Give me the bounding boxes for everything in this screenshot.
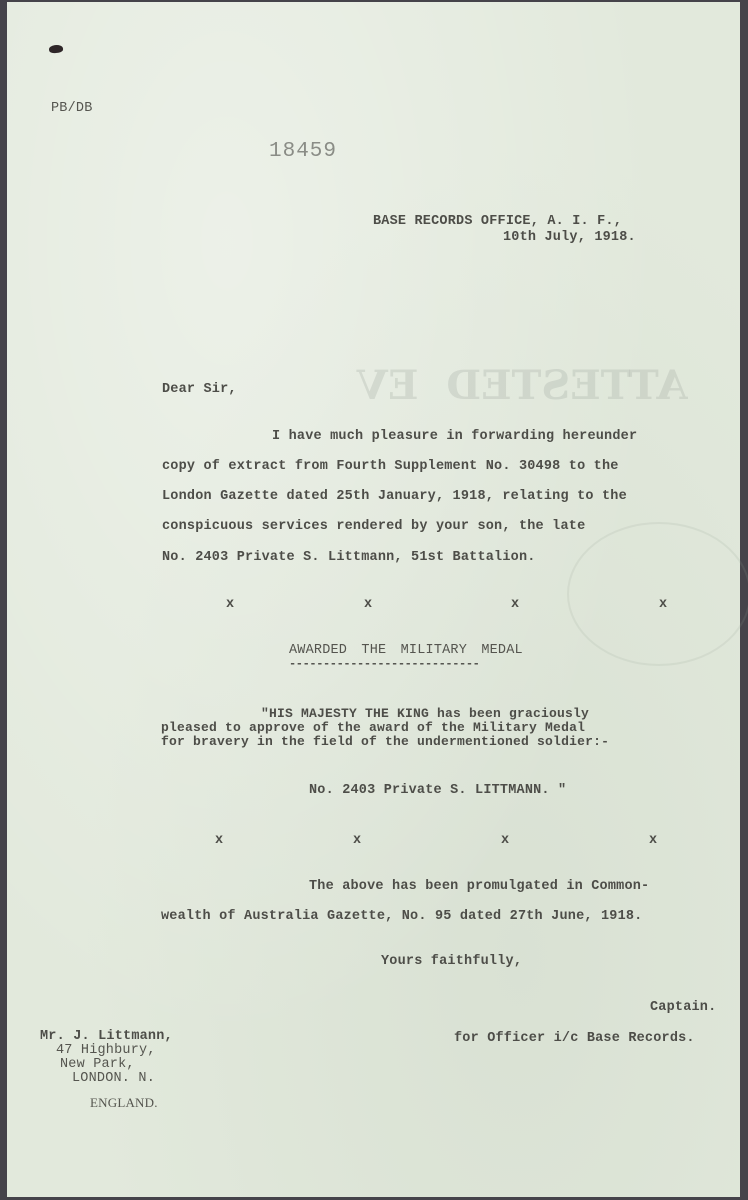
separator-mark: x (501, 833, 509, 848)
recipient-address-line: New Park, (60, 1057, 135, 1072)
body-line: copy of extract from Fourth Supplement N… (162, 459, 619, 474)
separator-mark: x (364, 597, 372, 612)
soldier-line: No. 2403 Private S. LITTMANN. " (309, 783, 566, 798)
document-page: ATTESTED EV PB/DB 18459 BASE RECORDS OFF… (7, 2, 740, 1197)
body-line: I have much pleasure in forwarding hereu… (272, 429, 637, 444)
salutation: Dear Sir, (162, 382, 237, 397)
reference-initials: PB/DB (51, 101, 93, 116)
body-line: No. 2403 Private S. Littmann, 51st Batta… (162, 550, 536, 565)
body-line: London Gazette dated 25th January, 1918,… (162, 489, 627, 504)
recipient-address-line: Mr. J. Littmann, (40, 1029, 173, 1044)
separator-mark: x (215, 833, 223, 848)
separator-mark: x (226, 597, 234, 612)
separator-mark: x (659, 597, 667, 612)
file-number: 18459 (269, 140, 337, 163)
body-line: conspicuous services rendered by your so… (162, 519, 585, 534)
recipient-address-line: ENGLAND. (90, 1095, 158, 1111)
sender-office: BASE RECORDS OFFICE, A. I. F., (373, 214, 622, 229)
letter-date: 10th July, 1918. (503, 230, 636, 245)
promulgation-line: wealth of Australia Gazette, No. 95 date… (161, 909, 642, 924)
closing: Yours faithfully, (381, 954, 522, 969)
extract-heading: AWARDED THE MILITARY MEDAL (289, 643, 523, 658)
circular-stamp-watermark (567, 522, 748, 666)
signatory-role: for Officer i/c Base Records. (454, 1031, 695, 1046)
extract-line: "HIS MAJESTY THE KING has been graciousl… (261, 707, 589, 720)
extract-line: for bravery in the field of the undermen… (161, 735, 609, 748)
separator-mark: x (511, 597, 519, 612)
punch-hole-mark (49, 44, 64, 54)
mirrored-stamp-watermark: ATTESTED EV (357, 362, 688, 409)
separator-mark: x (353, 833, 361, 848)
recipient-address-line: 47 Highbury, (56, 1043, 156, 1058)
signatory-rank: Captain. (650, 1000, 716, 1015)
promulgation-line: The above has been promulgated in Common… (309, 879, 649, 894)
recipient-address-line: LONDON. N. (72, 1071, 155, 1086)
extract-underline: ---------------------------- (289, 657, 479, 671)
extract-line: pleased to approve of the award of the M… (161, 721, 585, 734)
separator-mark: x (649, 833, 657, 848)
